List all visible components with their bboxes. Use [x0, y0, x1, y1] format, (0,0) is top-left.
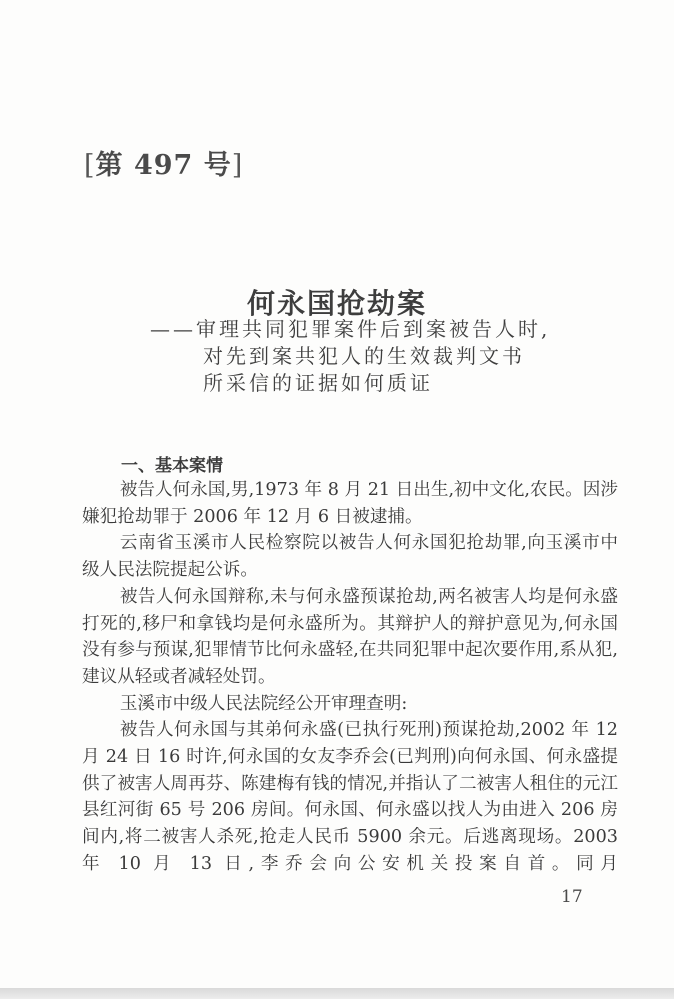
subtitle-line-1: ——审理共同犯罪案件后到案被告人时, [150, 316, 550, 343]
open-bracket: [ [84, 150, 96, 181]
document-page: [第 497 号] 何永国抢劫案 ——审理共同犯罪案件后到案被告人时, 对先到案… [0, 0, 674, 999]
paragraph-prosecution: 云南省玉溪市人民检察院以被告人何永国犯抢劫罪,向玉溪市中级人民法院提起公诉。 [82, 530, 618, 583]
subtitle-line-2: 对先到案共犯人的生效裁判文书 [150, 343, 550, 370]
case-number-heading: [第 497 号] [84, 143, 243, 182]
paragraph-defendant-info: 被告人何永国,男,1973 年 8 月 21 日出生,初中文化,农民。因涉嫌犯抢… [82, 477, 618, 530]
paragraph-court-findings-intro: 玉溪市中级人民法院经公开审理查明: [82, 691, 618, 718]
page-number: 17 [561, 887, 583, 907]
subtitle-line-3: 所采信的证据如何质证 [150, 370, 550, 397]
paragraph-facts: 被告人何永国与其弟何永盛(已执行死刑)预谋抢劫,2002 年 12 月 24 日… [82, 717, 618, 877]
page-bottom-edge [0, 988, 674, 999]
body-text: 被告人何永国,男,1973 年 8 月 21 日出生,初中文化,农民。因涉嫌犯抢… [82, 477, 618, 878]
paragraph-defense: 被告人何永国辩称,未与何永盛预谋抢劫,两名被害人均是何永盛打死的,移尸和拿钱均是… [82, 584, 618, 691]
section-heading: 一、基本案情 [121, 451, 223, 476]
close-bracket: ] [232, 150, 244, 181]
case-subtitle: ——审理共同犯罪案件后到案被告人时, 对先到案共犯人的生效裁判文书 所采信的证据… [150, 316, 550, 397]
case-number-label: 第 497 号 [96, 150, 232, 181]
